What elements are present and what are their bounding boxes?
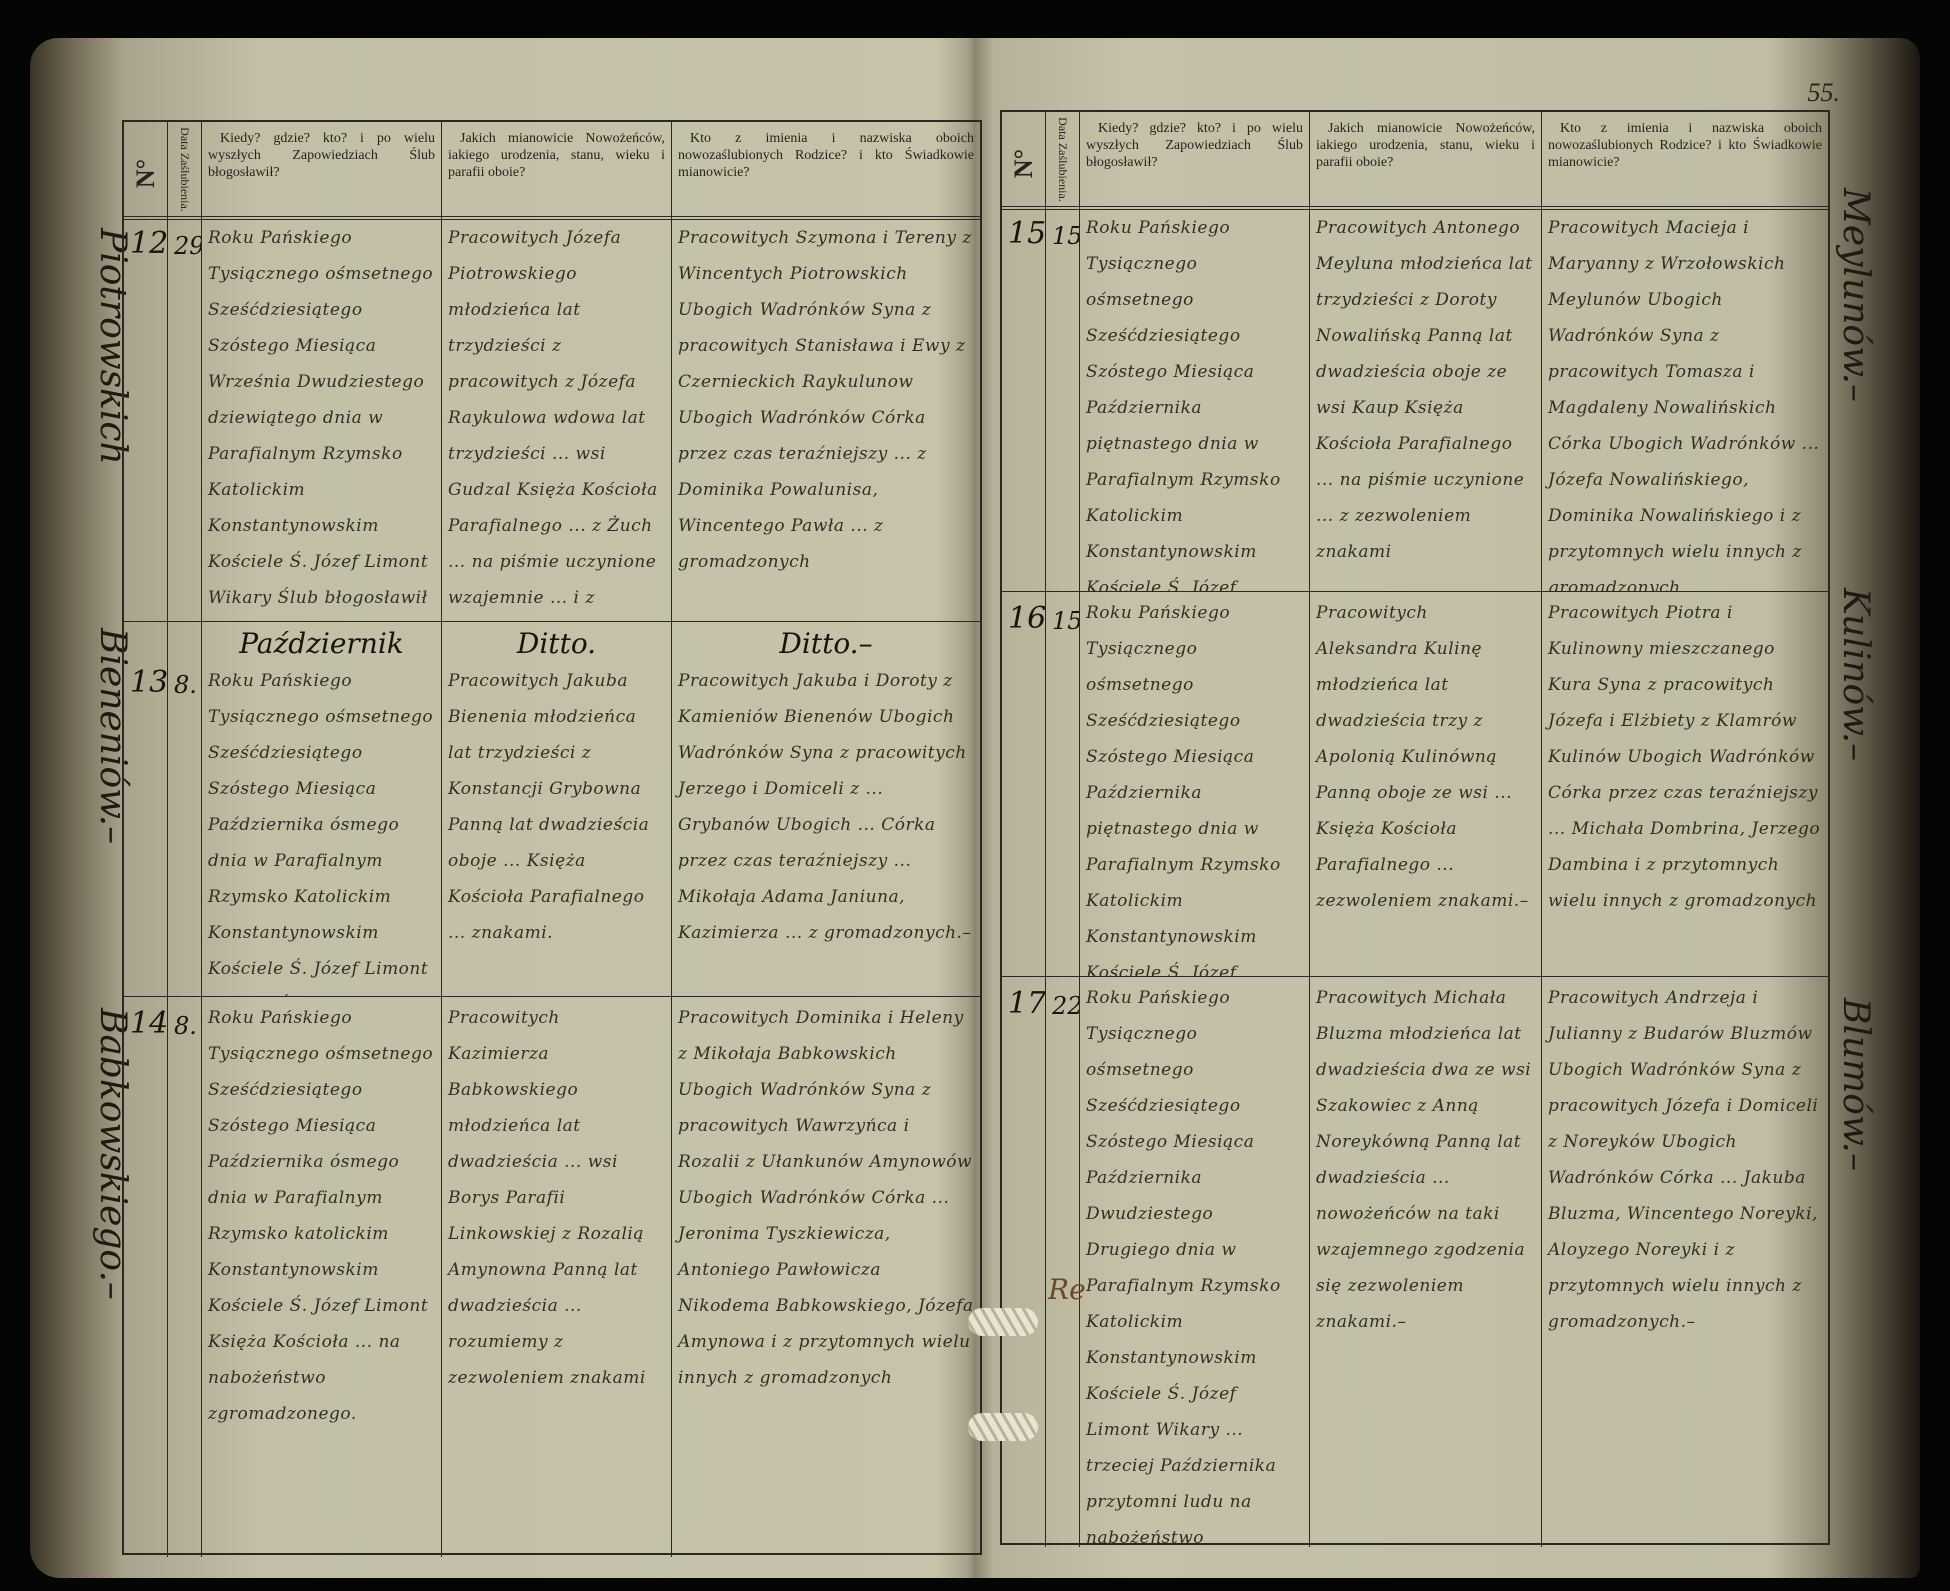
entry-when: Roku Pańskiego Tysiącznego ośmsetnego Sz…	[1080, 206, 1310, 591]
header-parents: Kto z imienia i nazwiska oboich nowozaśl…	[1542, 112, 1828, 206]
month-heading: Październik	[208, 625, 435, 663]
entry-who: Pracowitych Aleksandra Kulinę młodzieńca…	[1310, 591, 1542, 976]
register-entry: 13. 8. PaździernikRoku Pańskiego Tysiącz…	[124, 621, 980, 997]
margin-note-surname: Kulinów.–	[1835, 588, 1876, 761]
entry-number: 12.	[124, 216, 168, 621]
entry-who: Pracowitych Antonego Meyluna młodzieńca …	[1310, 206, 1542, 591]
register-table-right: N° Data Zaślubienia. Kiedy? gdzie? kto? …	[1000, 110, 1830, 1545]
header-who: Jakich mianowicie Nowożeńców, iakiego ur…	[442, 122, 672, 216]
ditto-heading: Ditto.–	[678, 625, 974, 663]
table-header: N° Data Zaślubienia. Kiedy? gdzie? kto? …	[124, 122, 980, 220]
page-number: 55.	[1808, 78, 1841, 108]
entry-date: 15.	[1046, 206, 1080, 591]
register-entry: 14. 8. Roku Pańskiego Tysiącznego ośmset…	[124, 996, 980, 1557]
entry-date: 22.	[1046, 976, 1080, 1547]
entry-when: Roku Pańskiego Tysiącznego ośmsetnego Sz…	[1080, 976, 1310, 1547]
entry-who: Pracowitych Józefa Piotrowskiego młodzie…	[442, 216, 672, 621]
entry-parents: Pracowitych Andrzeja i Julianny z Budaró…	[1542, 976, 1828, 1547]
entry-number: 15.	[1002, 206, 1046, 591]
entry-number: 17.	[1002, 976, 1046, 1547]
entry-when: Roku Pańskiego Tysiącznego ośmsetnego Sz…	[202, 996, 442, 1557]
margin-note-surname: Blumów.–	[1835, 998, 1876, 1171]
left-page: Piotrowskich Bieneniów.– Babkowskiego.– …	[30, 38, 980, 1578]
entry-parents: Pracowitych Szymona i Tereny z Wincentyc…	[672, 216, 980, 621]
pencil-annotation: Re	[1048, 1273, 1086, 1306]
ditto-heading: Ditto.	[448, 625, 665, 663]
register-entry: 12. 29. Roku Pańskiego Tysiącznego ośmse…	[124, 216, 980, 622]
header-when: Kiedy? gdzie? kto? i po wielu wyszłych Z…	[1080, 112, 1310, 206]
header-number: N°	[1002, 112, 1046, 206]
margin-note-surname: Meylunów.–	[1835, 188, 1876, 402]
header-parents: Kto z imienia i nazwiska oboich nowozaśl…	[672, 122, 980, 216]
entry-parents: Pracowitych Piotra i Kulinowny mieszczan…	[1542, 591, 1828, 976]
binding-thread	[968, 1308, 1038, 1336]
header-who: Jakich mianowicie Nowożeńców, iakiego ur…	[1310, 112, 1542, 206]
entry-who: Pracowitych Kazimierza Babkowskiego młod…	[442, 996, 672, 1557]
header-number: N°	[124, 122, 168, 216]
binding-thread	[968, 1413, 1038, 1441]
register-book: Piotrowskich Bieneniów.– Babkowskiego.– …	[30, 38, 1920, 1578]
register-entry: 17. 22. Roku Pańskiego Tysiącznego ośmse…	[1002, 976, 1828, 1547]
entry-number: 16.	[1002, 591, 1046, 976]
entry-when: Roku Pańskiego Tysiącznego ośmsetnego Sz…	[1080, 591, 1310, 976]
entry-who: Pracowitych Michała Bluzma młodzieńca la…	[1310, 976, 1542, 1547]
entry-date: 15.	[1046, 591, 1080, 976]
entry-parents: Pracowitych Dominika i Heleny z Mikołaja…	[672, 996, 980, 1557]
entry-parents: Pracowitych Macieja i Maryanny z Wrzołow…	[1542, 206, 1828, 591]
entry-number: 14.	[124, 996, 168, 1557]
entry-when: PaździernikRoku Pańskiego Tysiącznego oś…	[202, 621, 442, 996]
header-date: Data Zaślubienia.	[168, 122, 202, 216]
register-table-left: N° Data Zaślubienia. Kiedy? gdzie? kto? …	[122, 120, 982, 1555]
entry-when: Roku Pańskiego Tysiącznego ośmsetnego Sz…	[202, 216, 442, 621]
entry-date: 29.	[168, 216, 202, 621]
header-when: Kiedy? gdzie? kto? i po wielu wyszłych Z…	[202, 122, 442, 216]
register-entry: 16. 15. Roku Pańskiego Tysiącznego ośmse…	[1002, 591, 1828, 977]
entry-who: Ditto.Pracowitych Jakuba Bienenia młodzi…	[442, 621, 672, 996]
entry-date: 8.	[168, 621, 202, 996]
entry-number: 13.	[124, 621, 168, 996]
entry-parents: Ditto.–Pracowitych Jakuba i Doroty z Kam…	[672, 621, 980, 996]
header-date: Data Zaślubienia.	[1046, 112, 1080, 206]
table-header: N° Data Zaślubienia. Kiedy? gdzie? kto? …	[1002, 112, 1828, 210]
register-entry: 15. 15. Roku Pańskiego Tysiącznego ośmse…	[1002, 206, 1828, 592]
entry-date: 8.	[168, 996, 202, 1557]
right-page: 55. Meylunów.– Kulinów.– Blumów.– N° Dat…	[980, 38, 1920, 1578]
